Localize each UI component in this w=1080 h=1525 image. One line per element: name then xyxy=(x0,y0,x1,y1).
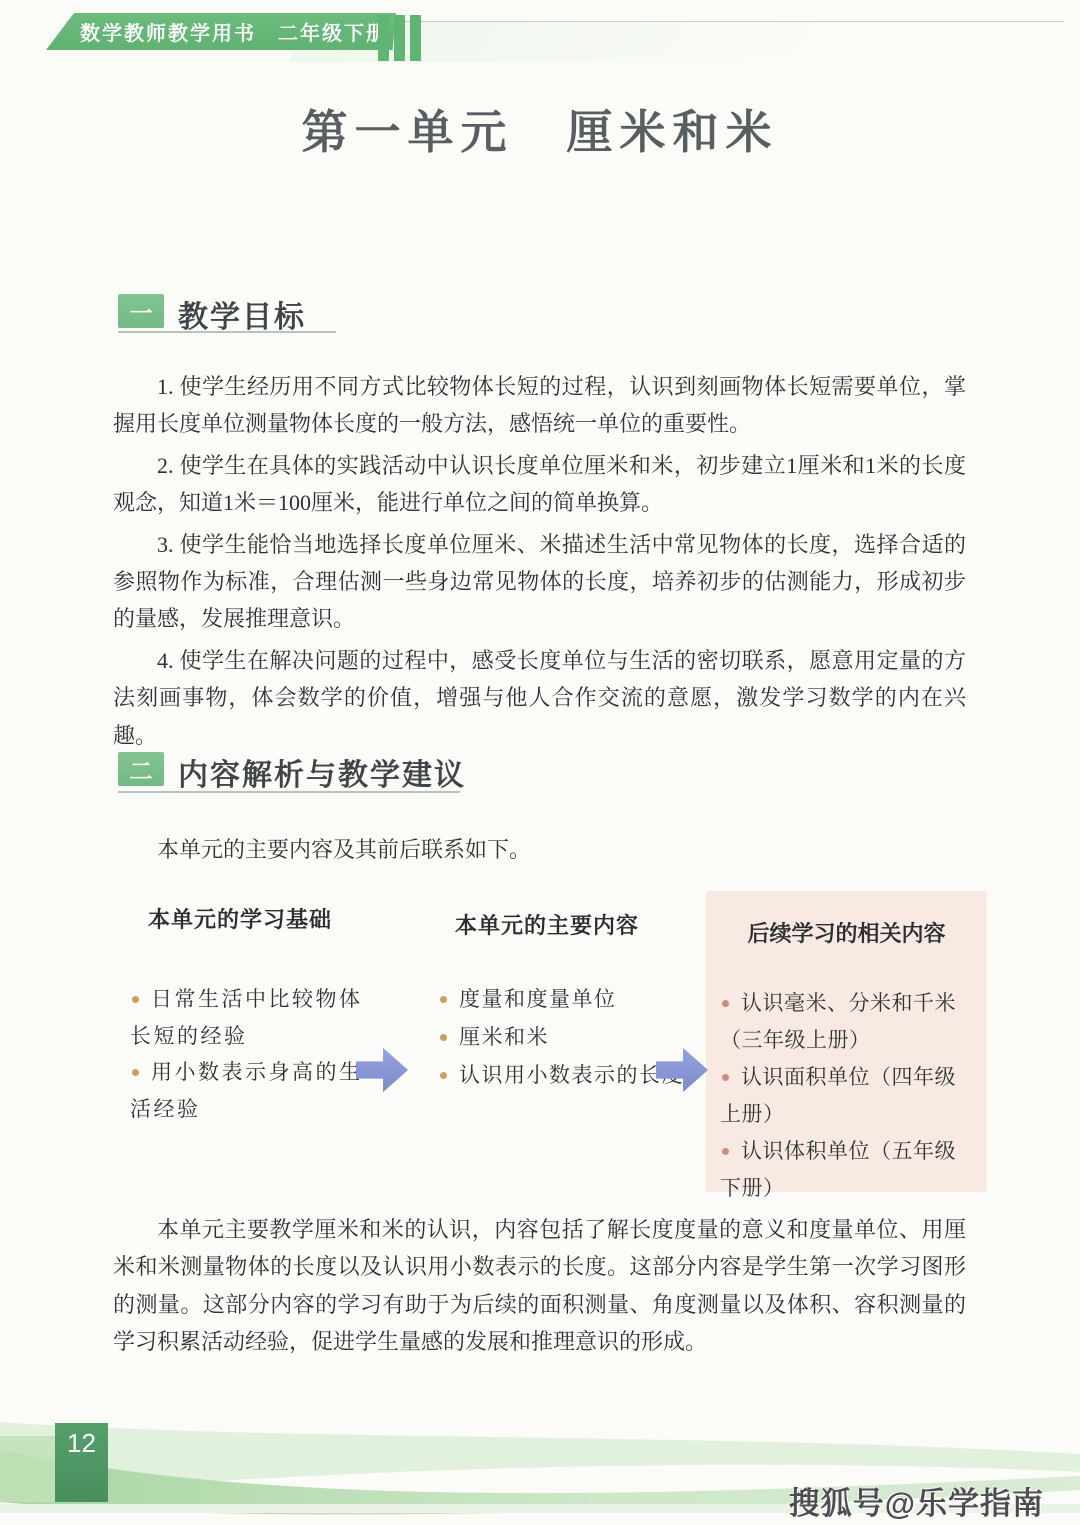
bullet-dot-icon xyxy=(132,996,139,1003)
list-item: 认识面积单位（四年级上册） xyxy=(720,1059,975,1133)
objective-paragraph: 2. 使学生在具体的实践活动中认识长度单位厘米和米，初步建立1厘米和1米的长度观… xyxy=(113,447,966,522)
header-bars-icon xyxy=(378,15,421,61)
objective-paragraph: 4. 使学生在解决问题的过程中，感受长度单位与生活的密切联系，愿意用定量的方法刻… xyxy=(113,642,966,754)
objective-paragraph: 3. 使学生能恰当地选择长度单位厘米、米描述生活中常见物体的长度，选择合适的参照… xyxy=(113,526,966,638)
list-item: 认识体积单位（五年级下册） xyxy=(720,1133,975,1207)
section-heading-text: 教学目标 xyxy=(178,292,306,336)
closing-text: 本单元主要教学厘米和米的认识，内容包括了解长度度量的意义和度量单位、用厘米和米测… xyxy=(113,1211,966,1361)
section-heading-rule xyxy=(118,791,460,793)
section-heading-text: 内容解析与教学建议 xyxy=(178,750,466,794)
diagram-column1-list: 日常生活中比较物体长短的经验 用小数表示身高的生活经验 xyxy=(130,981,370,1127)
diagram-column3-header: 后续学习的相关内容 xyxy=(706,917,987,948)
bullet-dot-icon xyxy=(440,996,447,1003)
list-item: 认识毫米、分米和千米（三年级上册） xyxy=(720,985,975,1059)
section-heading-rule xyxy=(118,331,336,333)
page-title: 第一单元 厘米和米 xyxy=(0,96,1080,162)
section-number-badge: 二 xyxy=(118,752,164,786)
bullet-dot-icon xyxy=(132,1069,139,1076)
diagram-column3-list: 认识毫米、分米和千米（三年级上册） 认识面积单位（四年级上册） 认识体积单位（五… xyxy=(720,985,975,1207)
followup-content-box: 后续学习的相关内容 认识毫米、分米和千米（三年级上册） 认识面积单位（四年级上册… xyxy=(706,891,987,1192)
watermark-text: 搜狐号@乐学指南 xyxy=(789,1478,1044,1523)
diagram-column2-header: 本单元的主要内容 xyxy=(455,909,639,940)
diagram-intro-text: 本单元的主要内容及其前后联系如下。 xyxy=(113,831,966,868)
section-number-badge: 一 xyxy=(118,294,164,328)
bullet-dot-icon xyxy=(440,1072,447,1079)
list-item: 用小数表示身高的生活经验 xyxy=(130,1054,370,1127)
bullet-dot-icon xyxy=(722,1074,729,1081)
page-number: 12 xyxy=(55,1423,108,1502)
list-item: 厘米和米 xyxy=(438,1018,698,1056)
bullet-dot-icon xyxy=(722,1148,729,1155)
bullet-dot-icon xyxy=(440,1034,447,1041)
header-band-text: 数学教师教学用书 二年级下册 xyxy=(54,17,388,46)
diagram-column1-header: 本单元的学习基础 xyxy=(148,903,332,934)
bullet-dot-icon xyxy=(722,1000,729,1007)
objectives-text: 1. 使学生经历用不同方式比较物体长短的过程，认识到刻画物体长短需要单位，掌握用… xyxy=(113,368,966,754)
header-band: 数学教师教学用书 二年级下册 xyxy=(46,13,396,50)
list-item: 度量和度量单位 xyxy=(438,980,698,1018)
list-item: 日常生活中比较物体长短的经验 xyxy=(130,981,370,1054)
objective-paragraph: 1. 使学生经历用不同方式比较物体长短的过程，认识到刻画物体长短需要单位，掌握用… xyxy=(113,368,966,443)
book-page: 数学教师教学用书 二年级下册 第一单元 厘米和米 一 教学目标 1. 使学生经历… xyxy=(0,0,1080,1525)
